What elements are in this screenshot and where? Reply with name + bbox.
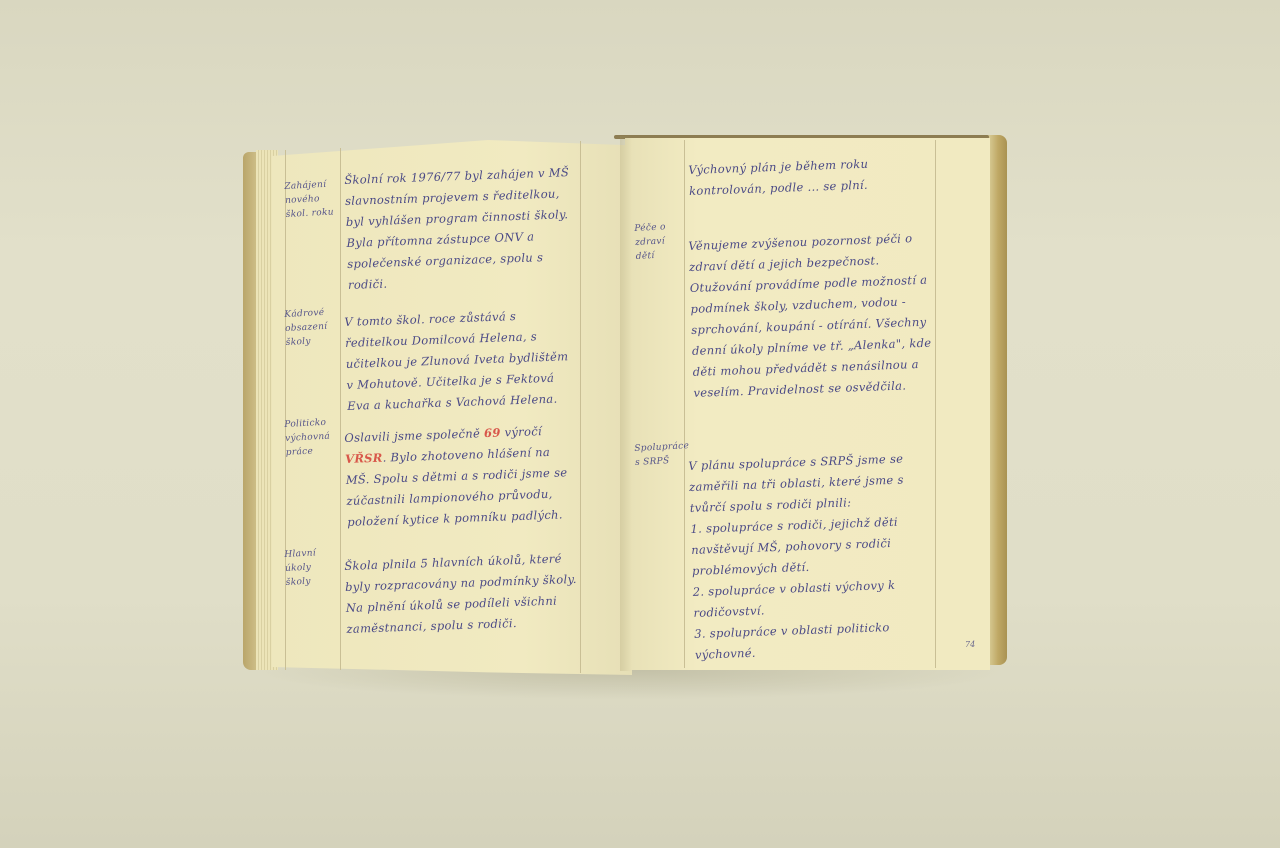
section-political-education-text: Oslavili jsme společně 69 výročí VŘSR. B… — [344, 420, 580, 533]
red-abbreviation: VŘSR — [345, 451, 383, 466]
text-fragment: Oslavili jsme společně — [344, 426, 484, 445]
section-staff-text: V tomto škol. roce zůstává s ředitelkou … — [344, 304, 580, 417]
margin-label-school-year-start: Zahájení nového škol. roku — [284, 177, 338, 222]
open-chronicle-book: Zahájení nového škol. roku Školní rok 19… — [0, 0, 1280, 848]
text-fragment: výročí — [500, 424, 546, 440]
book-gutter — [620, 136, 632, 671]
left-page-margin-rule — [340, 148, 341, 670]
page-number: 74 — [965, 640, 975, 649]
left-page-inner-rule — [580, 141, 581, 673]
right-page-margin-rule — [684, 140, 685, 668]
margin-label-main-tasks: Hlavní úkoly školy — [284, 545, 338, 590]
margin-label-political-education: Politicko výchovná práce — [284, 415, 338, 460]
section-plan-continuation-text: Výchovný plán je během roku kontrolován,… — [688, 151, 933, 201]
margin-label-parent-cooperation: Spolupráce s SRPŠ — [634, 439, 683, 469]
red-anniversary-number: 69 — [484, 426, 501, 441]
section-child-health-text: Věnujeme zvýšenou pozornost péči o zdrav… — [688, 227, 938, 403]
section-parent-cooperation-text: V plánu spolupráce s SRPŠ jsme se zaměři… — [688, 447, 939, 665]
section-main-tasks-text: Škola plnila 5 hlavních úkolů, které byl… — [344, 548, 579, 640]
section-school-year-start-text: Školní rok 1976/77 byl zahájen v MŠ slav… — [344, 162, 580, 296]
left-page-outer-rule — [285, 150, 286, 670]
margin-label-child-health: Péče o zdraví dětí — [634, 219, 684, 263]
margin-label-staff: Kádrové obsazení školy — [284, 305, 338, 350]
